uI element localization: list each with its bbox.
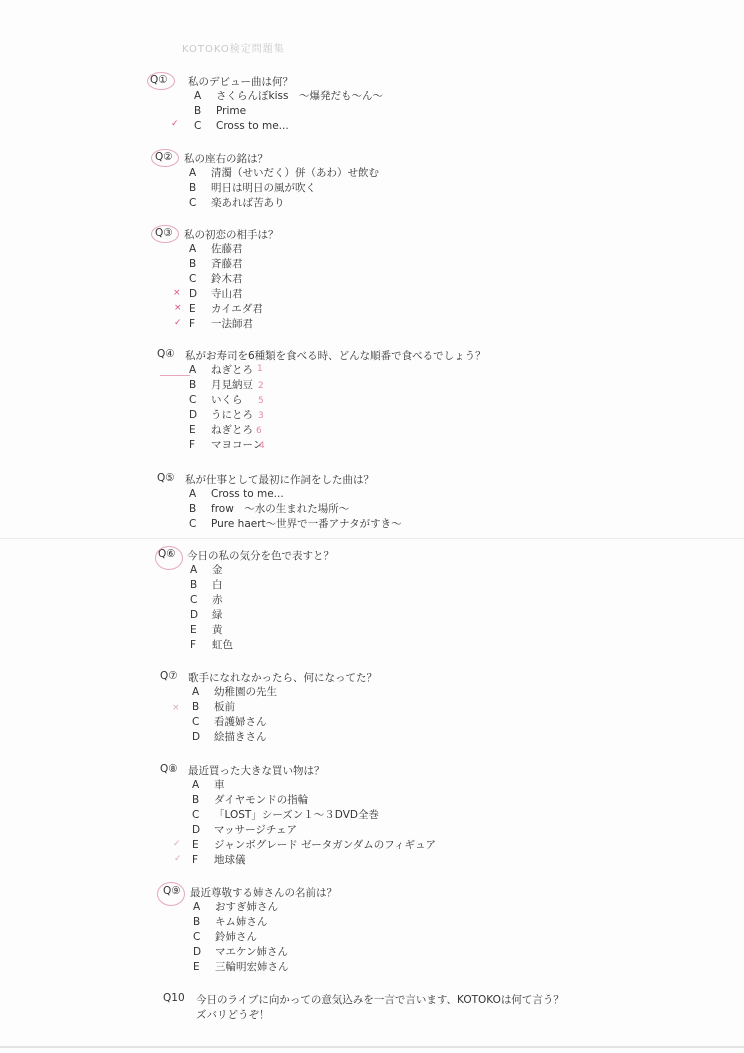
option-b: B月見納豆 [189,378,253,393]
order-number: 1 [257,364,263,374]
option-c: CCross to me... [194,119,289,134]
option-d: Dマッサージチェア [192,823,297,838]
scan-artifact-line [0,538,744,539]
option-d: D緑 [190,608,223,623]
option-a: A金 [190,563,223,578]
option-d: D寺山君 [189,287,243,302]
option-b: B白 [190,578,223,593]
order-number: 5 [258,396,264,406]
scanned-quiz-page: KOTOKO検定問題集 Q① 私のデビュー曲は何？ Aさくらんぼkiss ～爆発… [0,0,744,1053]
option-d: Dうにとろ [189,408,253,423]
option-c: Cいくら [189,393,243,408]
option-b: Bfrow ～水の生まれた場所～ [189,502,349,517]
order-number: 6 [256,426,262,436]
question-number: Q10 [163,992,197,1004]
question-text: 私が仕事として最初に作詞をした曲は？ [185,472,374,487]
option-b: B明日は明日の風が吹く [189,181,316,196]
option-c: C赤 [190,593,223,608]
option-d: Dマエケン姉さん [193,945,288,960]
option-e: E黄 [190,623,223,638]
cross-mark: × [173,288,181,298]
hand-underline [160,375,190,376]
order-number: 2 [258,381,264,391]
question-text-line2: ズバリどうぞ！ [196,1007,270,1022]
question-text: 最近買った大きな買い物は？ [188,763,325,778]
option-a: A車 [192,778,225,793]
question-text: 私の初恋の相手は？ [184,227,279,242]
question-text: 私の座右の銘は？ [184,151,268,166]
check-mark: ✓ [174,318,182,328]
scan-bottom-edge [0,1046,744,1048]
option-c: C「LOST」シーズン１～３DVD全巻 [192,808,379,823]
option-f: F虹色 [190,638,233,653]
cross-mark: × [172,703,180,713]
option-a: A佐藤君 [189,242,243,257]
option-f: F地球儀 [192,853,246,868]
hand-circle [147,72,175,90]
cross-mark: × [174,303,182,313]
option-a: Aおすぎ姉さん [193,900,278,915]
option-e: Eジャンボグレード ゼータガンダムのフィギュア [192,838,436,853]
option-a: Aねぎとろ [189,363,253,378]
option-c: C看護婦さん [192,715,267,730]
option-a: A清濁（せいだく）併（あわ）せ飲む [189,166,379,181]
check-mark: ✓ [174,854,182,864]
option-d: D絵描きさん [192,730,267,745]
option-f: F一法師君 [189,317,253,332]
hand-circle [157,882,185,906]
check-mark: ✓ [173,839,181,849]
check-mark: ✓ [171,119,179,129]
option-a: A幼稚園の先生 [192,685,277,700]
hand-circle [155,546,183,570]
option-f: Fマヨコーン [189,438,263,453]
option-b: Bキム姉さん [193,915,267,930]
question-text: 今日のライブに向かっての意気込みを一言で言います、KOTOKOは何て言う？ [196,992,564,1007]
option-c: CPure haert～世界で一番アナタがすき～ [189,517,402,532]
question-text: 今日の私の気分を色で表すと？ [187,548,334,563]
question-text: 歌手になれなかったら、何になってた？ [188,670,377,685]
option-e: Eねぎとろ [189,423,253,438]
option-c: C鈴姉さん [193,930,257,945]
option-c: C楽あれば苦あり [189,196,285,211]
page-header: KOTOKO検定問題集 [182,40,285,55]
hand-circle [151,149,179,167]
option-e: Eカイエダ君 [189,302,263,317]
hand-circle [151,225,179,243]
option-b: B板前 [192,700,235,715]
question-text: 最近尊敬する姉さんの名前は？ [190,885,337,900]
order-number: 4 [259,441,265,451]
option-c: C鈴木君 [189,272,243,287]
option-a: Aさくらんぼkiss ～爆発だも～ん～ [194,89,383,104]
option-b: Bダイヤモンドの指輪 [192,793,308,808]
option-b: B斉藤君 [189,257,243,272]
option-a: ACross to me... [189,487,284,502]
order-number: 3 [258,411,264,421]
question-text: 私のデビュー曲は何？ [188,74,293,89]
option-b: BPrime [194,104,246,119]
question-text: 私がお寿司を6種類を食べる時、どんな順番で食べるでしょう？ [185,348,486,363]
option-e: E三輪明宏姉さん [193,960,289,975]
